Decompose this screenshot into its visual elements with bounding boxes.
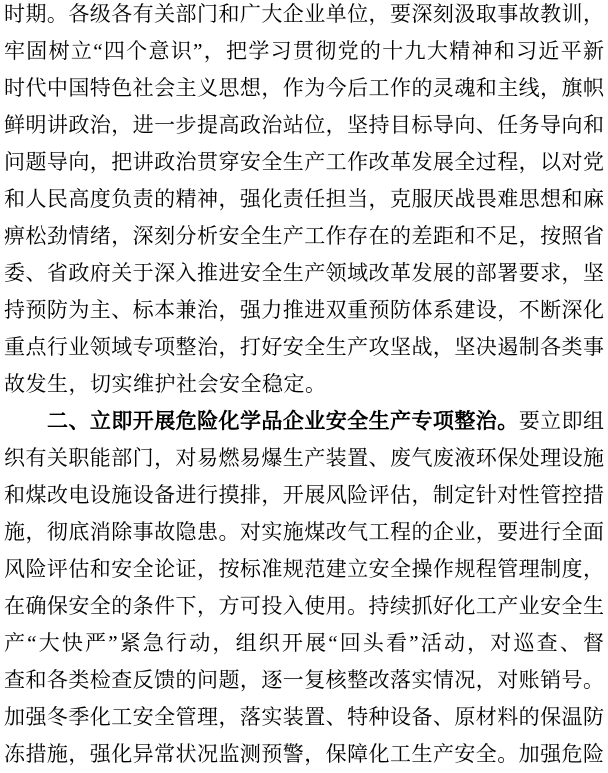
text-line: 重点行业领域专项整治，打好安全生产攻坚战，坚决遏制各类事 xyxy=(4,329,604,366)
text-line: 时期。各级各有关部门和广大企业单位，要深刻汲取事故教训， xyxy=(4,0,604,33)
text-line: 产“大快严”紧急行动，组织开展“回头看”活动，对巡查、督 xyxy=(4,625,604,662)
body-text: 冻措施，强化异常状况监测预警，保障化工生产安全。加强危险 xyxy=(4,742,604,766)
body-text: 织有关职能部门，对易燃易爆生产装置、废气废液环保处理设施 xyxy=(4,446,604,470)
text-line: 鲜明讲政治，进一步提高政治站位，坚持目标导向、任务导向和 xyxy=(4,107,604,144)
text-line: 持预防为主、标本兼治，强力推进双重预防体系建设，不断深化 xyxy=(4,292,604,329)
text-line: 和煤改电设施设备进行摸排，开展风险评估，制定针对性管控措 xyxy=(4,477,604,514)
text-line: 问题导向，把讲政治贯穿安全生产工作改革发展全过程，以对党 xyxy=(4,144,604,181)
text-line: 织有关职能部门，对易燃易爆生产装置、废气废液环保处理设施 xyxy=(4,440,604,477)
body-text: 时期。各级各有关部门和广大企业单位，要深刻汲取事故教训， xyxy=(4,2,604,26)
body-text: 在确保安全的条件下，方可投入使用。持续抓好化工产业安全生 xyxy=(4,594,604,618)
body-text: 时代中国特色社会主义思想，作为今后工作的灵魂和主线，旗帜 xyxy=(4,76,604,100)
body-text: 问题导向，把讲政治贯穿安全生产工作改革发展全过程，以对党 xyxy=(4,150,604,174)
text-line: 加强冬季化工安全管理，落实装置、特种设备、原材料的保温防 xyxy=(4,699,604,736)
body-text: 和煤改电设施设备进行摸排，开展风险评估，制定针对性管控措 xyxy=(4,483,604,507)
text-line: 冻措施，强化异常状况监测预警，保障化工生产安全。加强危险 xyxy=(4,736,604,773)
body-text: 产“大快严”紧急行动，组织开展“回头看”活动，对巡查、督 xyxy=(4,631,604,655)
text-line: 时代中国特色社会主义思想，作为今后工作的灵魂和主线，旗帜 xyxy=(4,70,604,107)
text-line: 故发生，切实维护社会安全稳定。 xyxy=(4,366,604,403)
section-heading-text: 二、立即开展危险化学品企业安全生产专项整治。 xyxy=(47,409,519,433)
text-line: 在确保安全的条件下，方可投入使用。持续抓好化工产业安全生 xyxy=(4,588,604,625)
text-line: 二、立即开展危险化学品企业安全生产专项整治。要立即组 xyxy=(4,403,604,440)
body-text: 牢固树立“四个意识”，把学习贯彻党的十九大精神和习近平新 xyxy=(4,39,604,63)
text-line: 施，彻底消除事故隐患。对实施煤改气工程的企业，要进行全面 xyxy=(4,514,604,551)
body-text: 要立即组 xyxy=(519,409,604,433)
document-page: 时期。各级各有关部门和广大企业单位，要深刻汲取事故教训，牢固树立“四个意识”，把… xyxy=(0,0,608,773)
document-body: 时期。各级各有关部门和广大企业单位，要深刻汲取事故教训，牢固树立“四个意识”，把… xyxy=(4,0,604,773)
body-text: 故发生，切实维护社会安全稳定。 xyxy=(4,372,327,396)
body-text: 查和各类检查反馈的问题，逐一复核整改落实情况，对账销号。 xyxy=(4,668,604,692)
body-text: 持预防为主、标本兼治，强力推进双重预防体系建设，不断深化 xyxy=(4,298,604,322)
body-text: 施，彻底消除事故隐患。对实施煤改气工程的企业，要进行全面 xyxy=(4,520,604,544)
text-line: 牢固树立“四个意识”，把学习贯彻党的十九大精神和习近平新 xyxy=(4,33,604,70)
body-text: 风险评估和安全论证，按标准规范建立安全操作规程管理制度， xyxy=(4,557,604,581)
text-line: 痹松劲情绪，深刻分析安全生产工作存在的差距和不足，按照省 xyxy=(4,218,604,255)
body-text: 加强冬季化工安全管理，落实装置、特种设备、原材料的保温防 xyxy=(4,705,604,729)
body-text: 痹松劲情绪，深刻分析安全生产工作存在的差距和不足，按照省 xyxy=(4,224,604,248)
text-line: 风险评估和安全论证，按标准规范建立安全操作规程管理制度， xyxy=(4,551,604,588)
body-text: 和人民高度负责的精神，强化责任担当，克服厌战畏难思想和麻 xyxy=(4,187,604,211)
body-text: 重点行业领域专项整治，打好安全生产攻坚战，坚决遏制各类事 xyxy=(4,335,604,359)
text-line: 和人民高度负责的精神，强化责任担当，克服厌战畏难思想和麻 xyxy=(4,181,604,218)
body-text: 委、省政府关于深入推进安全生产领域改革发展的部署要求，坚 xyxy=(4,261,604,285)
text-line: 查和各类检查反馈的问题，逐一复核整改落实情况，对账销号。 xyxy=(4,662,604,699)
text-line: 委、省政府关于深入推进安全生产领域改革发展的部署要求，坚 xyxy=(4,255,604,292)
body-text: 鲜明讲政治，进一步提高政治站位，坚持目标导向、任务导向和 xyxy=(4,113,604,137)
